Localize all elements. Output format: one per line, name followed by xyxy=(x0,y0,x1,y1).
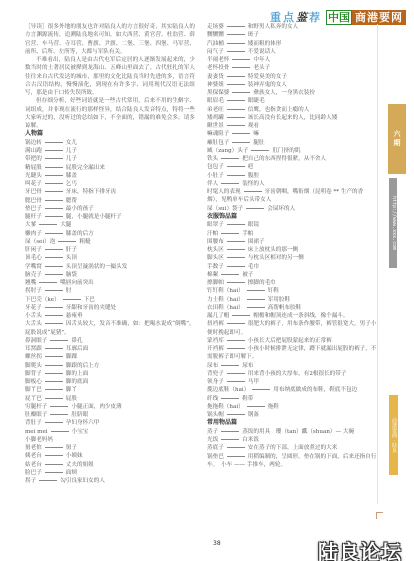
glossary-term: 背兜子 xyxy=(207,371,224,377)
em-dash-divider xyxy=(227,456,245,457)
glossary-meaning: 小腿正面，肉少皮薄 xyxy=(71,404,121,410)
glossary-entry: 肚瓣眼子肚脐眼 xyxy=(25,411,195,419)
glossary-term: 包包子 xyxy=(207,164,224,170)
glossary-entry: 矮鸡罐该长高没有长起来的人，比同龄人矮 xyxy=(207,114,377,122)
glossary-meaning: 女儿 xyxy=(66,140,77,146)
glossary-meaning: 脑袋 xyxy=(66,272,77,278)
em-dash-divider xyxy=(227,381,245,382)
em-dash-divider xyxy=(45,472,63,473)
glossary-meaning: 与枕头区相对的另一侧 xyxy=(248,255,304,261)
glossary-meaning: 蒸饭的用具 瓔（tan）瓤（shuan）— 大碗 xyxy=(242,429,354,435)
side-brand-strip: 商港要网 · 陆良 xyxy=(389,395,398,475)
glossary-term: 嬲嬲嬲 xyxy=(207,32,224,38)
glossary-term: 瞅世景 xyxy=(207,123,224,129)
glossary-term: 姑老台 xyxy=(25,462,42,468)
glossary-meaning: 下巴 xyxy=(84,297,95,303)
em-dash-divider xyxy=(232,133,250,134)
glossary-meaning: 用布纳底做成的布鞋，鞋底不包边 xyxy=(273,387,357,393)
glossary-entry: 屁丫巴屁股 xyxy=(25,395,195,403)
glossary-entry: 拐子勾引良家妇女的人 xyxy=(25,477,195,485)
glossary-entry: 脸巴子面颊 xyxy=(25,469,195,477)
glossary-term: 脚头区 xyxy=(207,255,224,261)
em-dash-divider xyxy=(45,389,63,390)
glossary-meaning: 嘛 xyxy=(253,131,259,137)
em-dash-divider xyxy=(45,175,63,176)
glossary-meaning: 头顶 xyxy=(66,255,77,261)
glossary-meaning: 肘 xyxy=(66,288,72,294)
glossary-term: 漏几了帽 xyxy=(207,313,229,319)
glossary-meaning: 脚丫 xyxy=(66,387,77,393)
glossary-entry: 脚丫巴脚丫 xyxy=(25,386,195,394)
glossary-term: 脚背子 xyxy=(25,371,42,377)
glossary-entry: 牙花子牙龈和牙齿的夹缝处 xyxy=(25,304,195,312)
glossary-term: 锅垫巴 xyxy=(207,454,224,460)
em-dash-divider xyxy=(227,117,245,118)
glossary-meaning: 把自己的东西捏得很紧，从不舍人 xyxy=(242,156,326,162)
glossary-term: 大爹 xyxy=(25,222,36,228)
glossary-meaning: 牙床，特指下排牙齿 xyxy=(66,189,116,195)
glossary-entry: 下巴壳（ke）下巴 xyxy=(25,296,195,304)
em-dash-divider xyxy=(247,406,265,407)
glossary-term: 老怀投骨 xyxy=(207,65,229,71)
glossary-term: mei mei xyxy=(25,429,48,435)
glossary-term: 拐肘子 xyxy=(25,288,42,294)
em-dash-divider xyxy=(227,26,245,27)
glossary-term: 小脚老妈妈 xyxy=(25,437,53,443)
glossary-meaning: 脚踝 xyxy=(66,354,77,360)
glossary-term: 腿杆子 xyxy=(25,214,42,220)
glossary-meaning: 白米饭 xyxy=(242,437,259,443)
glossary-term: 拐子 xyxy=(25,478,36,484)
glossary-term: 开裆裤 xyxy=(207,346,224,352)
glossary-term: 屎（sui）袋子 xyxy=(207,206,243,212)
glossary-entry: 围腰布围裙子 xyxy=(207,238,377,246)
section-title: 常用物品篇 xyxy=(207,419,377,428)
glossary-term: 时髦人的表现 xyxy=(207,189,241,195)
issue-tab-line2: 期 xyxy=(394,139,401,148)
glossary-entry: 舅老倌舅子 xyxy=(25,444,195,452)
em-dash-divider xyxy=(58,241,76,242)
glossary-term: 翘嘴 xyxy=(25,280,36,286)
glossary-meaning: 腹腔 xyxy=(248,173,259,179)
glossary-meaning: 腿肚 xyxy=(253,140,264,146)
issue-side-tab: 六 期 xyxy=(388,104,406,174)
em-dash-divider xyxy=(227,241,245,242)
glossary-term: 伴人 xyxy=(207,181,218,187)
glossary-term: 牙巴骨 xyxy=(25,189,42,195)
glossary-entry: 翘嘴嘴唇向前突出 xyxy=(25,279,195,287)
glossary-meaning: 军用胶鞋 xyxy=(268,297,290,303)
glossary-meaning: 舅子 xyxy=(66,445,77,451)
glossary-meaning: 钉鞋 xyxy=(268,288,279,294)
em-dash-divider xyxy=(227,109,245,110)
glossary-term: 精屁股 xyxy=(25,165,42,171)
glossary-term: 拖拖鞋（hai） xyxy=(207,404,244,410)
glossary-meaning: 腮帮 xyxy=(66,198,77,204)
em-dash-divider xyxy=(232,67,250,68)
glossary-term: 屎（sei）泡 xyxy=(25,239,55,245)
glossary-entry: 神婆姐装神弄鬼的女人 xyxy=(207,81,377,89)
em-dash-divider xyxy=(227,34,245,35)
em-dash-divider xyxy=(45,266,63,267)
glossary-entry: 螺丝拐脚踝 xyxy=(25,353,195,361)
glossary-term: 黑保保婆 xyxy=(207,90,229,96)
page-header: 重点鉴荐 中国 商港要网 xyxy=(270,10,406,24)
glossary-entry: 蒙裆库小孩长大后把屁股蒙起来的正常裤 xyxy=(207,337,377,345)
glossary-entry: 蒸底子安在蒸子的下部，上面放煮过的大米 xyxy=(207,444,377,452)
glossary-term: 眼眉毛 xyxy=(207,98,224,104)
glossary-meaning: 屁股 xyxy=(66,396,77,402)
em-dash-divider xyxy=(227,125,245,126)
glossary-entry: 垫巴子最小的孩子 xyxy=(25,205,195,213)
glossary-term: 穷腿杆子 xyxy=(25,404,47,410)
glossary-entry: 半闹老怀中年人 xyxy=(207,56,377,64)
glossary-term: 矮鸡罐 xyxy=(207,115,224,121)
right-sections: 走场婆和野男人私奔的女人嬲嬲嬲斑子汽油桶矮而粗的体形闷气子不爱说话人半闹老怀中年… xyxy=(207,23,377,469)
glossary-meaning: 被子 xyxy=(242,272,253,278)
glossary-meaning: 装神弄鬼的女人 xyxy=(248,82,287,88)
glossary-entry: 姑老台丈夫的姐姐 xyxy=(25,461,195,469)
right-column: 走场婆和野男人私奔的女人嬲嬲嬲斑子汽油桶矮而粗的体形闷气子不爱说话人半闹老怀中年… xyxy=(207,23,377,469)
em-dash-divider xyxy=(45,447,63,448)
glossary-entry: 带把的儿子 xyxy=(25,155,195,163)
em-dash-divider xyxy=(227,414,245,415)
em-dash-divider xyxy=(45,356,63,357)
glossary-entry: 耳窝跟耳廓后面 xyxy=(25,345,195,353)
em-dash-divider xyxy=(221,274,239,275)
glossary-term: 癞肚包子 xyxy=(207,140,229,146)
em-dash-divider xyxy=(227,373,245,374)
em-dash-divider xyxy=(221,233,239,234)
em-dash-divider xyxy=(221,158,239,159)
glossary-meaning: 小宝宝 xyxy=(72,429,89,435)
glossary-entry: 腮巴骨腮帮 xyxy=(25,197,195,205)
glossary-term: 纤线 xyxy=(207,396,218,402)
glossary-entry: 领身子马甲 xyxy=(207,378,377,386)
glossary-term: 脚板心 xyxy=(25,379,42,385)
glossary-term: 螺丝拐 xyxy=(25,354,42,360)
glossary-term: 叫花子 xyxy=(25,181,42,187)
glossary-meaning: 钢盔 xyxy=(248,412,259,418)
em-dash-divider xyxy=(227,76,245,77)
glossary-meaning: 眼镜 xyxy=(248,222,259,228)
em-dash-divider xyxy=(45,191,63,192)
glossary-meaning: 小姨妹 xyxy=(66,453,83,459)
glossary-entry: 拖拖鞋（hai）拖鞋 xyxy=(207,403,377,411)
em-dash-divider xyxy=(45,200,63,201)
glossary-term: 汽油桶 xyxy=(207,41,224,47)
glossary-term: 尿布 xyxy=(207,363,218,369)
left-sections: 人物篇锅边转女儿满山跑儿子带把的儿子精屁股屁股完全漏出来光睫头膝盖叫花子乞丐牙巴… xyxy=(25,130,195,485)
em-dash-divider xyxy=(45,290,63,291)
glossary-entry: 弟老旺信鹰，也指贪而上瘾的人 xyxy=(207,106,377,114)
em-dash-divider xyxy=(227,348,245,349)
em-dash-divider xyxy=(45,315,63,316)
glossary-term: 铁头 xyxy=(207,156,218,162)
glossary-meaning: 尿布 xyxy=(242,363,253,369)
em-dash-divider xyxy=(45,365,63,366)
glossary-entry: 脑壳子脑袋 xyxy=(25,271,195,279)
glossary-entry: 大爹大腿 xyxy=(25,221,195,229)
glossary-meaning: 面颊 xyxy=(66,470,77,476)
em-dash-divider xyxy=(45,150,63,151)
glossary-term: 肚瓣眼子 xyxy=(25,412,47,418)
glossary-term: 臧（zang）头子 xyxy=(207,148,248,154)
glossary-meaning: 儿子 xyxy=(66,156,77,162)
glossary-term: 脚爬头 xyxy=(25,363,42,369)
glossary-term: 锅边转 xyxy=(25,140,42,146)
glossary-entry: 臧（zang）头子肛门挤的肌 xyxy=(207,147,377,155)
glossary-entry: 锅边转女儿 xyxy=(25,139,195,147)
glossary-term: 钉钉鞋（hai） xyxy=(207,288,244,294)
em-dash-divider xyxy=(45,249,63,250)
glossary-term: 领身子 xyxy=(207,379,224,385)
glossary-meaning: 中年人 xyxy=(253,57,270,63)
glossary-entry: 脚背子脚的上面 xyxy=(25,370,195,378)
page-number: 38 xyxy=(213,540,221,547)
glossary-entry: 蒸子蒸饭的用具 瓔（tan）瓤（shuan）— 大碗 xyxy=(207,428,377,436)
glossary-term: 揽边底鞋（hai） xyxy=(207,387,249,393)
forum-watermark: 陆良论坛 xyxy=(318,536,402,561)
glossary-meaning: 肚脐眼 xyxy=(71,412,88,418)
glossary-entry: 嘛魂阻子嘛 xyxy=(207,130,377,138)
right-margin-rule xyxy=(377,24,378,504)
glossary-meaning: 装怪的人 xyxy=(242,181,264,187)
glossary-entry: 叫花子乞丐 xyxy=(25,180,195,188)
glossary-entry: 擦脚帕擦脚的毛巾 xyxy=(207,279,377,287)
glossary-entry: 嬲嬲嬲斑子 xyxy=(207,31,377,39)
glossary-entry: 闷气子不爱说话人 xyxy=(207,48,377,56)
em-dash-divider xyxy=(51,431,69,432)
glossary-entry: 小肚子腹腔 xyxy=(207,172,377,180)
glossary-meaning: 高帮帆布胶鞋 xyxy=(268,305,302,311)
glossary-meaning: 观看 xyxy=(248,123,259,129)
glossary-entry: 大舌头因舌头较大，发音不准确，如：把喝水说成“倒嘴”，屁股说成“屁猪”。 xyxy=(25,320,195,337)
em-dash-divider xyxy=(45,183,63,184)
em-dash-divider xyxy=(227,447,245,448)
glossary-entry: 汗帕手帕 xyxy=(207,230,377,238)
glossary-meaning: 拖鞋 xyxy=(268,404,279,410)
em-dash-divider xyxy=(247,290,265,291)
glossary-entry: 脚爬头脚跟的后上方 xyxy=(25,362,195,370)
em-dash-divider xyxy=(50,340,68,341)
glossary-entry: 学嘴窝头顶呈漩涡状的一撮头发 xyxy=(25,263,195,271)
glossary-entry: 老怀投骨老头子 xyxy=(207,64,377,72)
em-dash-divider xyxy=(227,43,245,44)
glossary-term: 嘛魂阻子 xyxy=(207,131,229,137)
glossary-term: 垫巴子 xyxy=(25,206,42,212)
glossary-term: 脚丫巴 xyxy=(25,387,42,393)
em-dash-divider xyxy=(221,431,239,432)
intro-paragraph-3: 但存细分析，好些词语就是一些古代常用，后来不用的生僻字、词组成，并非现在流行的那… xyxy=(25,97,195,130)
glossary-term: 手数子 xyxy=(207,264,224,270)
em-dash-divider xyxy=(45,455,63,456)
em-dash-divider xyxy=(232,92,250,93)
glossary-term: 小舌头 xyxy=(25,313,42,319)
em-dash-divider xyxy=(45,257,63,258)
glossary-entry: 锅垫巴用稻编制的，呈圆形，垫在锅的下面，后来还指自行车。 小车 —— 手推车，两… xyxy=(207,453,377,470)
glossary-entry: 汽油桶矮而粗的体形 xyxy=(207,40,377,48)
glossary-meaning: 乞丐 xyxy=(66,181,77,187)
glossary-term: 懒肉子 xyxy=(25,231,42,237)
glossary-entry: 背兜子用来背小孩的大厚布，有2根很长的带子 xyxy=(207,370,377,378)
glossary-entry: 腿杆子腿，小腿就是小腿杆子 xyxy=(25,213,195,221)
em-dash-divider xyxy=(251,150,269,151)
em-dash-divider xyxy=(45,208,63,209)
glossary-entry: 精屁股屁股完全漏出来 xyxy=(25,164,195,172)
glossary-term: 走场婆 xyxy=(207,24,224,30)
glossary-meaning: 马甲 xyxy=(248,379,259,385)
glossary-entry: 扭裆裤很肥大的裤子，用布条作腰带，裤管很宽大，男子小便时挽起即可。 xyxy=(207,320,377,337)
glossary-meaning: 头顶呈漩涡状的一撮头发 xyxy=(66,264,128,270)
glossary-term: 屁丫巴 xyxy=(25,396,42,402)
glossary-term: 光睫头 xyxy=(25,173,42,179)
glossary-meaning: 鼻孔 xyxy=(71,338,82,344)
glossary-meaning: 脚跟的后上方 xyxy=(66,363,100,369)
glossary-entry: 开裆裤小孩小时候排泄无定律，蹲下就漏出屁股的裤子，不需脱裤子即可解下。 xyxy=(207,345,377,362)
glossary-entry: 尿布尿布 xyxy=(207,362,377,370)
glossary-term: 鼻洞眼子 xyxy=(25,338,47,344)
glossary-entry: 拐肘子肘 xyxy=(25,287,195,295)
intro-paragraph-2: 不难看出，陆良人是由古代屯军后定居的人逐渐发展起来的，少数当时的土著居民被撵到龙… xyxy=(25,56,195,97)
em-dash-divider xyxy=(221,365,239,366)
glossary-entry: 脚头区与枕头区相对的另一侧 xyxy=(207,254,377,262)
em-dash-divider xyxy=(39,480,57,481)
glossary-term: 眼罩子 xyxy=(207,222,224,228)
glossary-meaning: 疤 xyxy=(248,164,254,170)
glossary-meaning: 小孩长大后把屁股蒙起来的正常裤 xyxy=(248,338,332,344)
em-dash-divider xyxy=(39,282,57,283)
em-dash-divider xyxy=(232,315,250,316)
glossary-term: 带把的 xyxy=(25,156,42,162)
glossary-term: 姨老台 xyxy=(25,453,42,459)
em-dash-divider xyxy=(45,348,63,349)
left-column: ［导读］很多外地的朋友也许对陆良人的方言很好奇，其实陆良人的方言渊源流传，追溯陆… xyxy=(25,23,195,485)
glossary-entry: 满山跑儿子 xyxy=(25,147,195,155)
glossary-entry: 伴人装怪的人 xyxy=(207,180,377,188)
glossary-meaning: 肝子 xyxy=(66,247,77,253)
glossary-entry: 钉钉鞋（hai）钉鞋 xyxy=(207,287,377,295)
glossary-term: 背肚子 xyxy=(25,420,42,426)
em-dash-divider xyxy=(45,158,63,159)
glossary-meaning: 床上放枕头的那一侧 xyxy=(248,247,298,253)
glossary-entry: 走场婆和野男人私奔的女人 xyxy=(207,23,377,31)
glossary-entry: 肝闲子肝子 xyxy=(25,246,195,254)
em-dash-divider xyxy=(227,51,245,52)
em-dash-divider xyxy=(221,439,239,440)
glossary-term: 牙花子 xyxy=(25,305,42,311)
em-dash-divider xyxy=(227,257,245,258)
glossary-entry: 力士鞋（hai）军用胶鞋 xyxy=(207,296,377,304)
glossary-term: 半闹老怀 xyxy=(207,57,229,63)
glossary-meaning: 牙龈和牙齿的夹缝处 xyxy=(66,305,116,311)
em-dash-divider xyxy=(45,464,63,465)
glossary-term: 蒙裆库 xyxy=(207,338,224,344)
glossary-term: 顶毛心 xyxy=(25,255,42,261)
glossary-meaning: 擦脚的毛巾 xyxy=(248,280,276,286)
em-dash-divider xyxy=(227,100,245,101)
glossary-entry: mei mei小宝宝 xyxy=(25,428,195,436)
glossary-meaning: 斑子 xyxy=(248,32,259,38)
glossary-entry: 牙巴骨牙床，特指下排牙齿 xyxy=(25,188,195,196)
em-dash-divider xyxy=(45,323,63,324)
em-dash-divider xyxy=(45,381,63,382)
glossary-term: 耳窝跟 xyxy=(25,346,42,352)
glossary-meaning: 鞋带 xyxy=(242,396,253,402)
glossary-term: 扭裆裤 xyxy=(207,321,224,327)
em-dash-divider xyxy=(246,208,264,209)
glossary-term: 擦脚帕 xyxy=(207,280,224,286)
em-dash-divider xyxy=(45,233,63,234)
corner-crop-mark xyxy=(376,512,383,519)
glossary-term: 腮巴骨 xyxy=(25,198,42,204)
glossary-meaning: 大腿 xyxy=(60,222,71,228)
glossary-term: 大舌头 xyxy=(25,321,42,327)
section-title: 衣服饰品篇 xyxy=(207,213,377,222)
glossary-meaning: 嘴唇向前突出 xyxy=(60,280,94,286)
glossary-entry: 黑保保婆彝族女人，一身黑衣装扮 xyxy=(207,89,377,97)
em-dash-divider xyxy=(39,224,57,225)
glossary-meaning: 矮而粗的体形 xyxy=(248,41,282,47)
glossary-entry: 穷腿杆子小腿正面，肉少皮薄 xyxy=(25,403,195,411)
glossary-entry: 棉絮被子 xyxy=(207,271,377,279)
glossary-term: 满山跑 xyxy=(25,148,42,154)
glossary-meaning: 特爱臭美的女子 xyxy=(248,74,287,80)
em-dash-divider xyxy=(227,175,245,176)
em-dash-divider xyxy=(50,406,68,407)
glossary-term: 棉絮 xyxy=(207,272,218,278)
glossary-entry: 癞肚包子腿肚 xyxy=(207,139,377,147)
glossary-meaning: 老头子 xyxy=(253,65,270,71)
glossary-meaning: 脚的上面 xyxy=(66,371,88,377)
em-dash-divider xyxy=(232,59,250,60)
glossary-meaning: 眼睫毛 xyxy=(248,98,265,104)
glossary-term: 妻妻货 xyxy=(207,74,224,80)
em-dash-divider xyxy=(227,282,245,283)
glossary-entry: 衣田鞋（hai）高帮帆布胶鞋 xyxy=(207,304,377,312)
glossary-entry: 眼眉毛眼睫毛 xyxy=(207,97,377,105)
glossary-entry: 漏几了帽帽檐和帽顶连成一条斜线，像个漏斗。 xyxy=(207,312,377,320)
glossary-entry: 揽边底鞋（hai）用布纳底做成的布鞋，鞋底不包边 xyxy=(207,386,377,394)
glossary-term: 舅老倌 xyxy=(25,445,42,451)
glossary-entry: 包包子疤 xyxy=(207,163,377,171)
em-dash-divider xyxy=(227,166,245,167)
glossary-term: 衣田鞋（hai） xyxy=(207,305,244,311)
glossary-entry: 背肚子孕妇身怀六甲 xyxy=(25,419,195,427)
glossary-entry: 光饭白米饭 xyxy=(207,436,377,444)
glossary-meaning: 最小的孩子 xyxy=(66,206,94,212)
em-dash-divider xyxy=(221,183,239,184)
glossary-meaning: 孕妇身怀六甲 xyxy=(66,420,100,426)
glossary-term: 光饭 xyxy=(207,437,218,443)
em-dash-divider xyxy=(227,340,245,341)
glossary-term: 蒸底子 xyxy=(207,445,224,451)
glossary-meaning: 不爱说话人 xyxy=(248,49,276,55)
em-dash-divider xyxy=(227,84,245,85)
glossary-meaning: 儿子 xyxy=(66,148,77,154)
em-dash-divider xyxy=(227,266,245,267)
glossary-term: 锅头帽 xyxy=(207,412,224,418)
glossary-meaning: 膝盖 xyxy=(66,173,77,179)
glossary-entry: 姨老台小姨妹 xyxy=(25,452,195,460)
glossary-meaning: 毛巾 xyxy=(248,264,259,270)
glossary-entry: 铁头把自己的东西捏得很紧，从不舍人 xyxy=(207,155,377,163)
glossary-term: 学嘴窝 xyxy=(25,264,42,270)
glossary-entry: 妻妻货特爱臭美的女子 xyxy=(207,73,377,81)
glossary-meaning: 丈夫的姐姐 xyxy=(66,462,94,468)
glossary-term: 脑壳子 xyxy=(25,272,42,278)
em-dash-divider xyxy=(227,323,245,324)
